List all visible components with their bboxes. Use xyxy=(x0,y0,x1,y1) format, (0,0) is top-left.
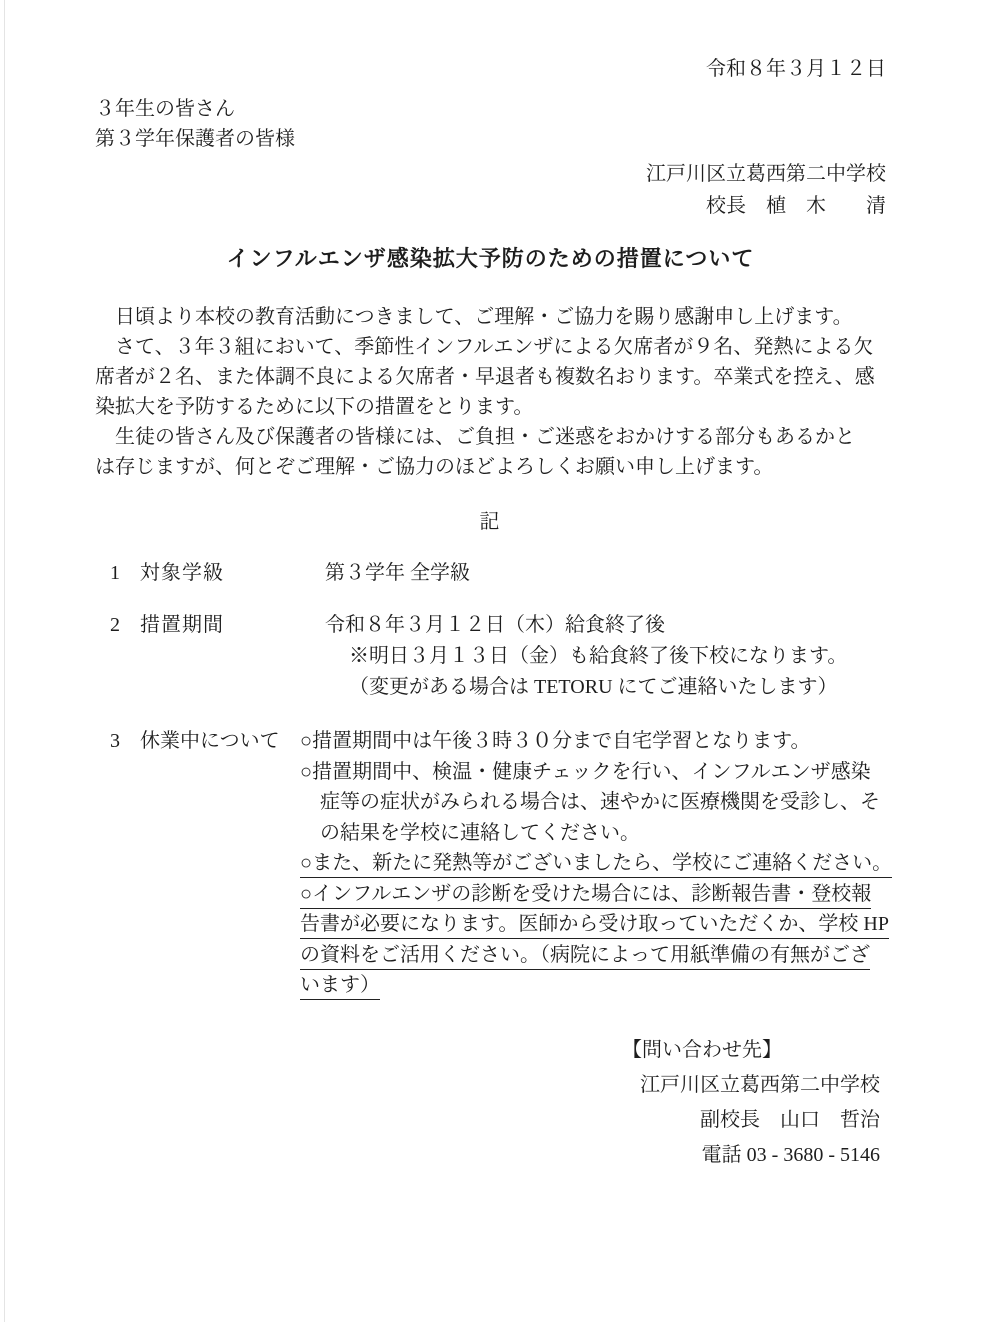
paragraph-line: さて、３年３組において、季節性インフルエンザによる欠席者が９名、発熱による欠 xyxy=(95,332,886,362)
item-value: 令和８年３月１２日（木）給食終了後 ※明日３月１３日（金）も給食終了後下校になり… xyxy=(325,610,886,703)
paragraph-line: は存じますが、何とぞご理解・ご協力のほどよろしくお願い申し上げます。 xyxy=(95,452,886,482)
sender-school-name: 江戸川区立葛西第二中学校 xyxy=(95,158,886,190)
bullet-line-underlined: います） xyxy=(300,970,886,1001)
document-page: 令和８年３月１２日 ３年生の皆さん 第３学年保護者の皆様 江戸川区立葛西第二中学… xyxy=(0,0,981,1322)
items-list: 1 対象学級 第３学年 全学級 2 措置期間 令和８年３月１２日（木）給食終了後… xyxy=(95,558,886,1001)
list-item-during-closure: 3 休業中について ○措置期間中は午後３時３０分まで自宅学習となります。 ○措置… xyxy=(95,726,886,1001)
list-item-measure-period: 2 措置期間 令和８年３月１２日（木）給食終了後 ※明日３月１３日（金）も給食終… xyxy=(95,610,886,703)
underlined-text: 告書が必要になります。医師から受け取っていただくか、学校 HP xyxy=(300,913,889,939)
addressee-block: ３年生の皆さん 第３学年保護者の皆様 xyxy=(95,94,886,154)
bullet-continuation-line: 症等の症状がみられる場合は、速やかに医療機関を受診し、そ xyxy=(320,787,886,818)
bullet-line-underlined: の資料をご活用ください。（病院によって用紙準備の有無がござ xyxy=(300,940,886,971)
sender-principal-name: 校長 植 木 清 xyxy=(95,190,886,222)
bullet-line: ○措置期間中は午後３時３０分まで自宅学習となります。 xyxy=(300,726,886,757)
contact-vice-principal: 副校長 山口 哲治 xyxy=(622,1103,880,1138)
list-item-target-classes: 1 対象学級 第３学年 全学級 xyxy=(95,558,886,589)
item-number: 3 xyxy=(95,726,140,757)
item-label: 措置期間 xyxy=(140,610,325,641)
bullet-line: ○措置期間中、検温・健康チェックを行い、インフルエンザ感染 xyxy=(300,757,886,788)
addressee-line: 第３学年保護者の皆様 xyxy=(95,124,886,154)
item-value-note-line: （変更がある場合は TETORU にてご連絡いたします） xyxy=(349,672,886,703)
bullet-continuation-line: の結果を学校に連絡してください。 xyxy=(320,818,886,849)
bullet-line-underlined: 告書が必要になります。医師から受け取っていただくか、学校 HP xyxy=(300,909,886,940)
item-value: 第３学年 全学級 xyxy=(325,558,886,589)
underlined-text: ○また、新たに発熱等がございましたら、学校にご連絡ください。 xyxy=(300,852,892,878)
record-marker: 記 xyxy=(95,507,886,537)
bullet-line-underlined: ○また、新たに発熱等がございましたら、学校にご連絡ください。 xyxy=(300,848,886,879)
document-title: インフルエンザ感染拡大予防のための措置について xyxy=(95,244,886,274)
item-value-line: 令和８年３月１２日（木）給食終了後 xyxy=(325,610,886,641)
addressee-line: ３年生の皆さん xyxy=(95,94,886,124)
item-number: 1 xyxy=(95,558,140,589)
item-label: 休業中について xyxy=(140,726,300,757)
contact-school-name: 江戸川区立葛西第二中学校 xyxy=(622,1068,880,1103)
contact-phone: 電話 03 - 3680 - 5146 xyxy=(622,1138,880,1173)
page-edge-divider xyxy=(4,0,5,1322)
item-label: 対象学級 xyxy=(140,558,325,589)
paragraph-line: 染拡大を予防するために以下の措置をとります。 xyxy=(95,392,886,422)
paragraph-line: 席者が２名、また体調不良による欠席者・早退者も複数名おります。卒業式を控え、感 xyxy=(95,362,886,392)
paragraph-line: 生徒の皆さん及び保護者の皆様には、ご負担・ご迷惑をおかけする部分もあるかと xyxy=(95,422,886,452)
document-content: 令和８年３月１２日 ３年生の皆さん 第３学年保護者の皆様 江戸川区立葛西第二中学… xyxy=(0,0,981,1173)
bullet-line-underlined: ○インフルエンザの診断を受けた場合には、診断報告書・登校報 xyxy=(300,879,886,910)
contact-block: 【問い合わせ先】 江戸川区立葛西第二中学校 副校長 山口 哲治 電話 03 - … xyxy=(622,1033,880,1173)
paragraph-line: 日頃より本校の教育活動につきまして、ご理解・ご協力を賜り感謝申し上げます。 xyxy=(95,302,886,332)
underlined-text: います） xyxy=(300,974,380,1000)
underlined-text: ○インフルエンザの診断を受けた場合には、診断報告書・登校報 xyxy=(300,883,871,909)
item-number: 2 xyxy=(95,610,140,641)
sender-block: 江戸川区立葛西第二中学校 校長 植 木 清 xyxy=(95,158,886,222)
underlined-text: の資料をご活用ください。（病院によって用紙準備の有無がござ xyxy=(300,944,870,970)
item-value: ○措置期間中は午後３時３０分まで自宅学習となります。 ○措置期間中、検温・健康チ… xyxy=(300,726,886,1001)
item-value-note-line: ※明日３月１３日（金）も給食終了後下校になります。 xyxy=(349,641,886,672)
document-date: 令和８年３月１２日 xyxy=(95,54,886,84)
body-paragraphs: 日頃より本校の教育活動につきまして、ご理解・ご協力を賜り感謝申し上げます。 さて… xyxy=(95,302,886,482)
contact-heading: 【問い合わせ先】 xyxy=(622,1033,880,1068)
item-value-line: 第３学年 全学級 xyxy=(325,558,886,589)
